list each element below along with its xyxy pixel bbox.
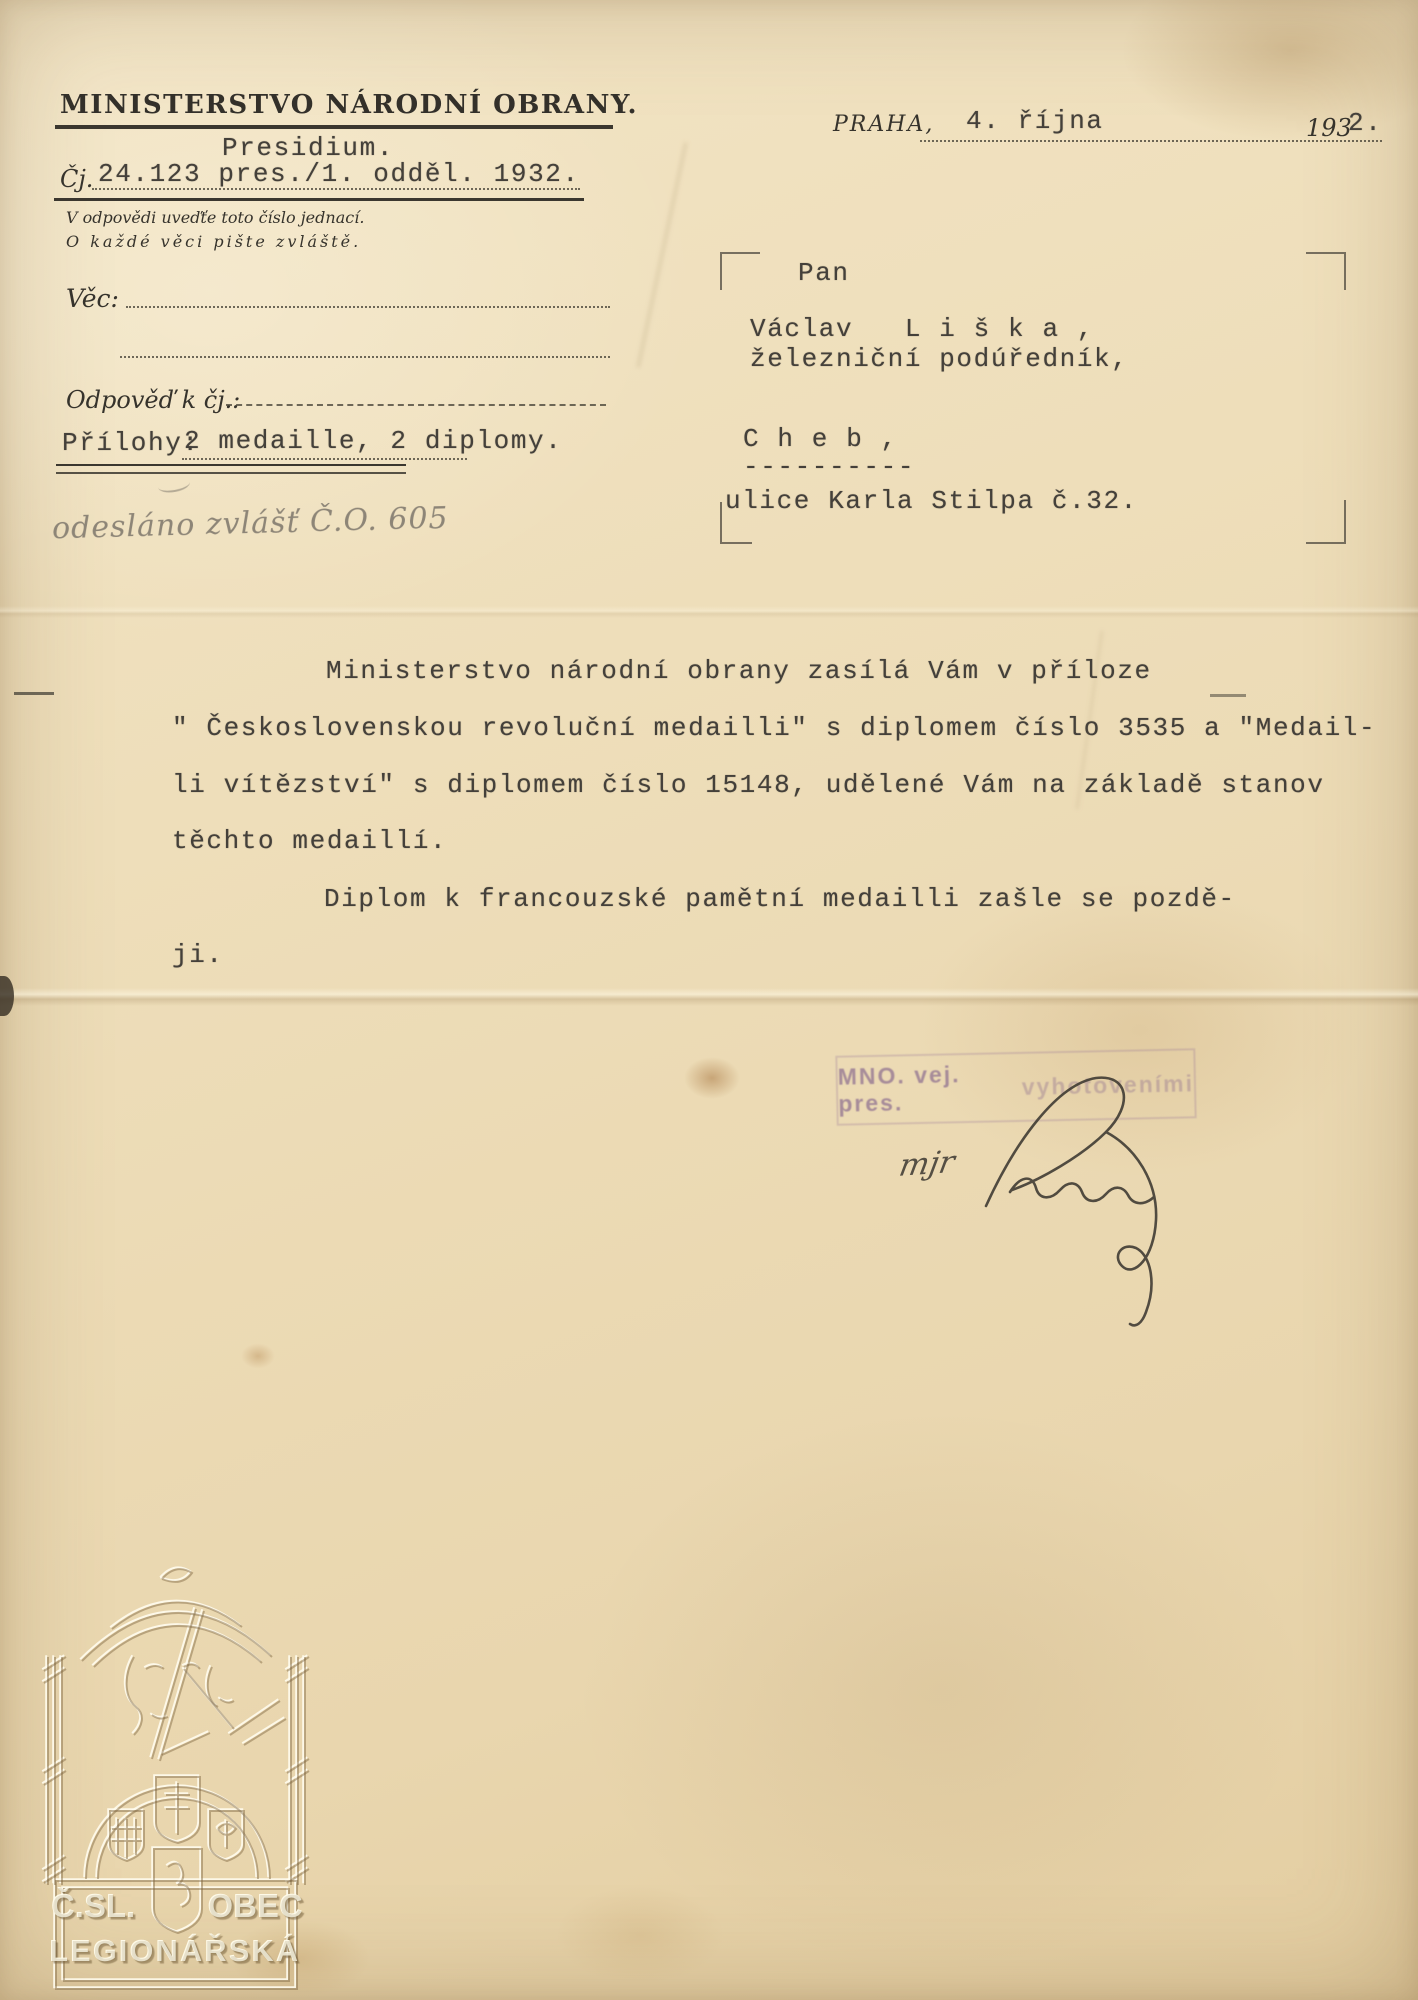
recipient-underline-dashes: ---------- [743, 452, 915, 482]
letterhead-note-2: O každé věci pište zvláště. [66, 232, 361, 251]
ref-number: 24.123 pres./1. odděl. 1932. [98, 159, 580, 189]
enclosures-value: 2 medaille, 2 diplomy. [184, 426, 562, 456]
body-line-4: těchto medaillí. [172, 826, 447, 856]
enclosures-dotted-rule [182, 458, 467, 460]
address-bracket-bottom-right [1306, 500, 1346, 544]
subject-label: Věc: [66, 284, 119, 313]
legionnaire-soldier-emblem-icon [33, 1548, 318, 1993]
body-line-1: Ministerstvo národní obrany zasílá Vám v… [326, 656, 1152, 686]
letterhead-note-1: V odpovědi uveďťe toto číslo jednací. [66, 208, 364, 227]
recipient-city: C h e b , [743, 424, 898, 454]
body-line-2: " Československou revoluční medailli" s … [172, 713, 1376, 743]
subject-rule-2 [120, 356, 610, 358]
recipient-salutation: Pan [798, 258, 850, 288]
fold-crease-faint [0, 606, 1418, 618]
body-line-6: ji. [172, 940, 224, 970]
pencil-tick-mark [157, 475, 191, 494]
embossed-seal: Č.SL. OBEC LEGIONÁŘSKÁ [33, 1548, 318, 1993]
ref-dotted-rule [92, 188, 580, 190]
ref-label: Čj. [60, 165, 93, 193]
reply-label: Odpověď k čj.: [66, 386, 240, 414]
reply-rule [226, 404, 606, 406]
body-line-5: Diplom k francouzské pamětní medailli za… [324, 884, 1236, 914]
pencil-note: odesláno zvlášť Č.O. 605 [52, 501, 449, 546]
seal-word-obec: OBEC [199, 1888, 313, 1926]
fold-crease-main [0, 988, 1418, 1006]
seal-word-csl: Č.SL. [35, 1888, 153, 1926]
dateline-city: PRAHA, [833, 112, 934, 137]
recipient-occupation: železniční podúředník, [750, 344, 1128, 374]
edge-tear-notch [0, 976, 14, 1016]
dateline-year-typed: 2. [1348, 108, 1382, 138]
address-bracket-top-right [1306, 252, 1346, 290]
ministry-title: MINISTERSTVO NÁRODNÍ OBRANY. [60, 90, 638, 120]
recipient-name: Václav L i š k a , [750, 314, 1094, 344]
recipient-street: ulice Karla Stilpa č.32. [725, 486, 1138, 516]
letter-scan: MINISTERSTVO NÁRODNÍ OBRANY. Presidium. … [0, 0, 1418, 2000]
dateline-day-month: 4. října [966, 106, 1104, 136]
margin-dash-right [1210, 694, 1246, 697]
enclosures-double-rule [56, 464, 406, 474]
margin-dash-left [14, 692, 54, 695]
body-line-3: li vítězství" s diplomem číslo 15148, ud… [172, 770, 1325, 800]
subject-rule-1 [126, 306, 610, 308]
seal-word-legionarska: LEGIONÁŘSKÁ [33, 1934, 318, 1970]
enclosures-label: Přílohy: [62, 428, 200, 458]
dateline-year-printed: 193 [1306, 114, 1352, 142]
ministry-rule [55, 125, 613, 129]
signature-flourish [790, 1020, 1250, 1360]
address-bracket-top-left [720, 252, 760, 290]
ref-solid-rule [54, 198, 584, 201]
wrinkle-top [636, 142, 688, 368]
